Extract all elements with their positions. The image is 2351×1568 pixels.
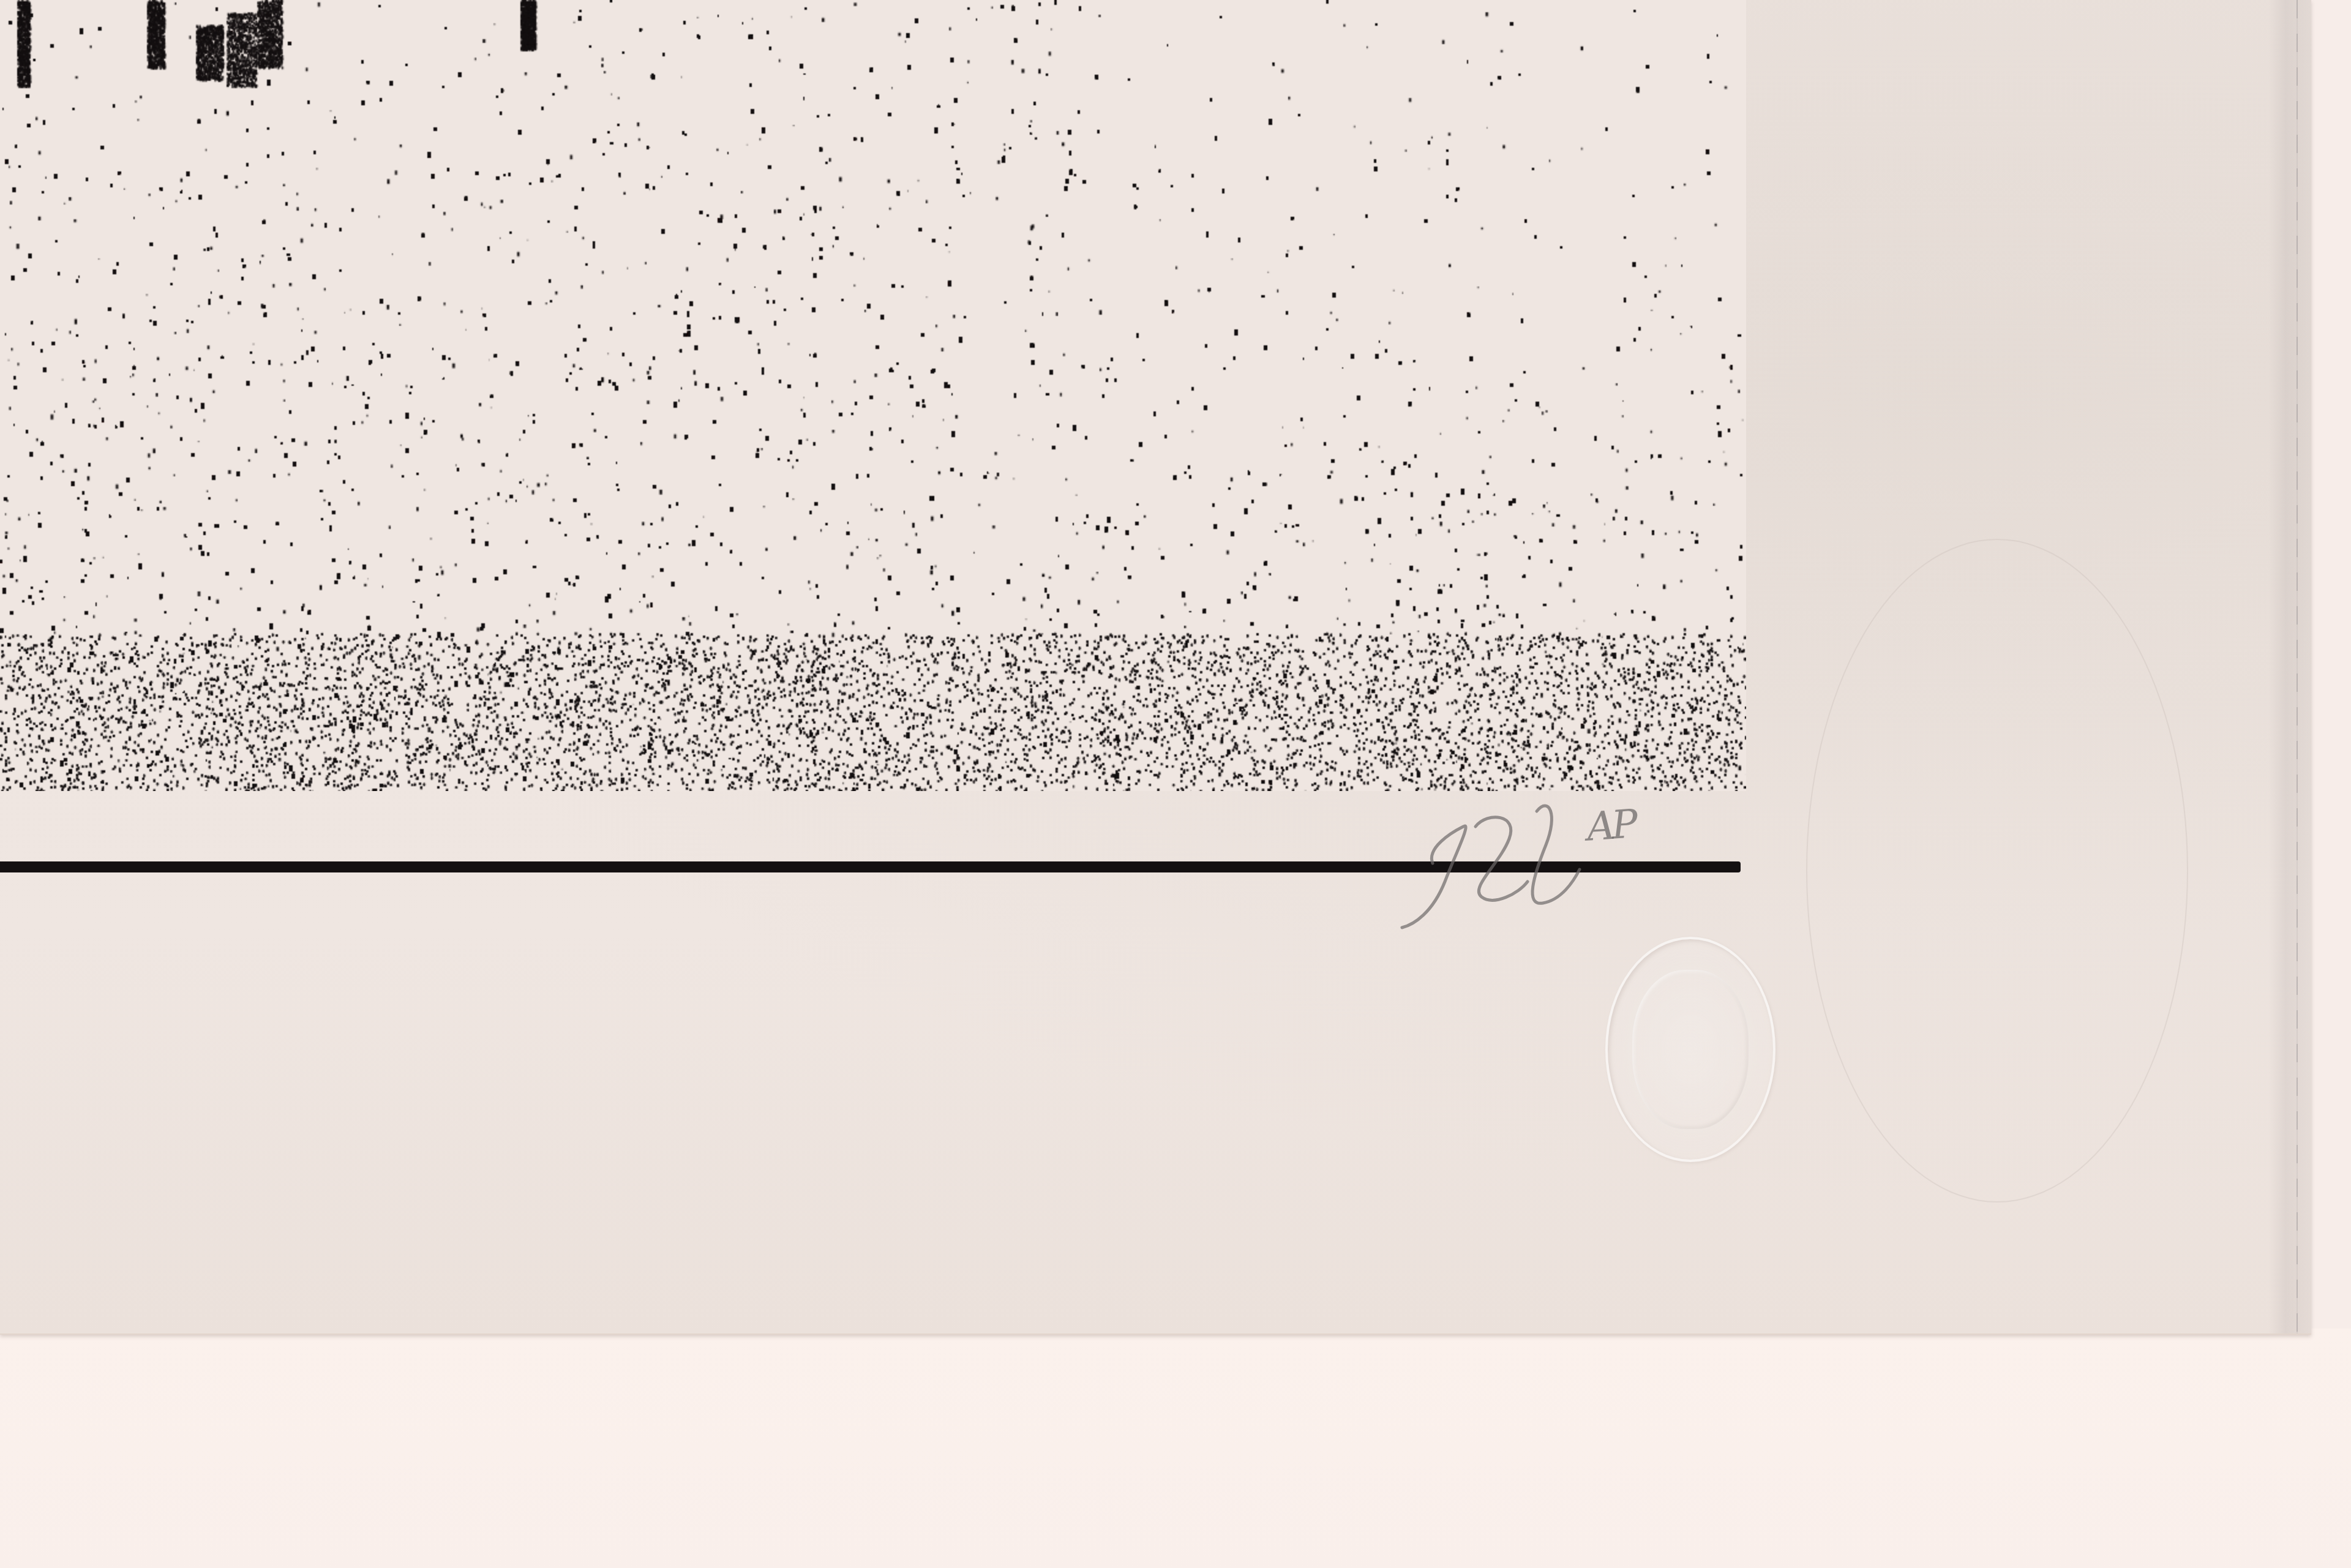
stipple-image-area — [0, 0, 1746, 791]
deckle-fiber-line — [2297, 0, 2298, 1334]
signature-stroke — [1396, 790, 1714, 931]
backing-board — [0, 1329, 2351, 1568]
circular-impression — [1806, 539, 2188, 1202]
deckled-edge — [2268, 0, 2311, 1334]
artwork-photo: AP — [0, 0, 2351, 1568]
paper-sheet: AP — [0, 0, 2311, 1335]
pencil-signature — [1396, 790, 1714, 931]
blind-stamp — [1605, 937, 1775, 1162]
stipple-texture — [0, 0, 1746, 791]
edition-mark: AP — [1586, 801, 1636, 850]
blind-stamp-relief — [1632, 970, 1749, 1129]
